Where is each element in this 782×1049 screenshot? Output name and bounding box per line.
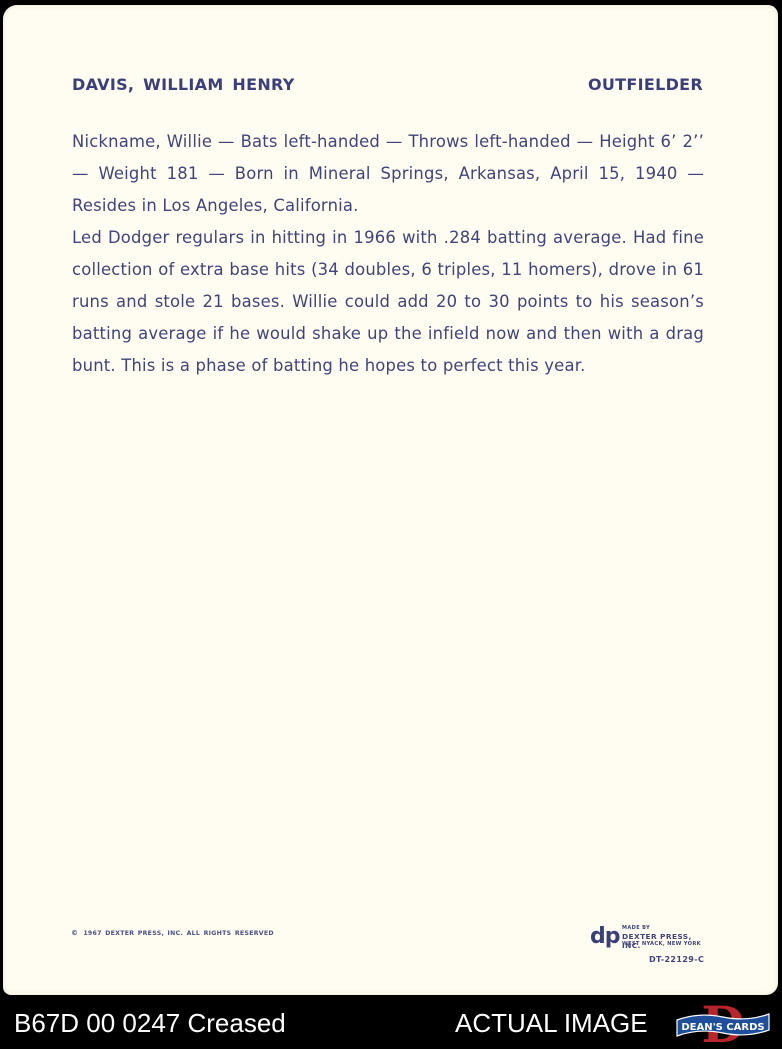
copyright-icon: © <box>71 929 78 937</box>
actual-image-label: ACTUAL IMAGE <box>455 1008 648 1039</box>
copyright-notice: ©1967 DEXTER PRESS, INC. ALL RIGHTS RESE… <box>71 929 274 937</box>
dexter-press-logo-icon: dp <box>590 924 620 949</box>
player-position: OUTFIELDER <box>588 75 703 94</box>
card-code: DT-22129-C <box>649 955 704 964</box>
bio-summary: Led Dodger regulars in hitting in 1966 w… <box>72 222 704 382</box>
svg-text:DEAN'S CARDS: DEAN'S CARDS <box>681 1022 764 1033</box>
player-bio: Nickname, Willie — Bats left-handed — Th… <box>72 126 704 382</box>
made-by-label: MADE BY <box>622 925 650 931</box>
item-code: B67D 00 0247 Creased <box>14 1008 286 1039</box>
copyright-text: 1967 DEXTER PRESS, INC. ALL RIGHTS RESER… <box>83 930 274 937</box>
player-name: DAVIS, WILLIAM HENRY <box>72 75 295 94</box>
printer-mark: dp MADE BY DEXTER PRESS, INC. WEST NYACK… <box>590 922 710 972</box>
printer-location: WEST NYACK, NEW YORK <box>622 941 701 947</box>
deans-cards-logo-icon: D DEAN'S CARDS <box>675 1000 771 1046</box>
bio-vitals: Nickname, Willie — Bats left-handed — Th… <box>72 126 704 222</box>
card-back: DAVIS, WILLIAM HENRY OUTFIELDER Nickname… <box>3 5 778 995</box>
